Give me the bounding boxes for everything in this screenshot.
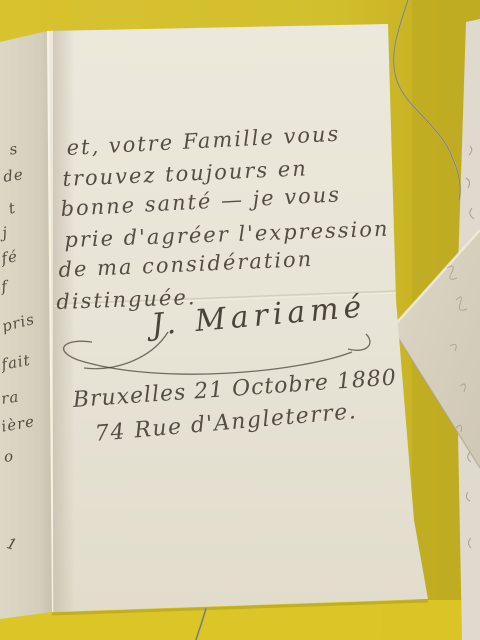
left-page-fragment: o xyxy=(3,447,15,466)
photo-of-handwritten-letter: et, votre Famille vous trouvez toujours … xyxy=(0,0,480,640)
left-page-fragment: ra xyxy=(0,387,20,407)
left-page-fragment: de xyxy=(2,165,25,186)
fold-crease-shadow xyxy=(53,30,75,612)
left-page-fragment: fé xyxy=(0,247,19,268)
